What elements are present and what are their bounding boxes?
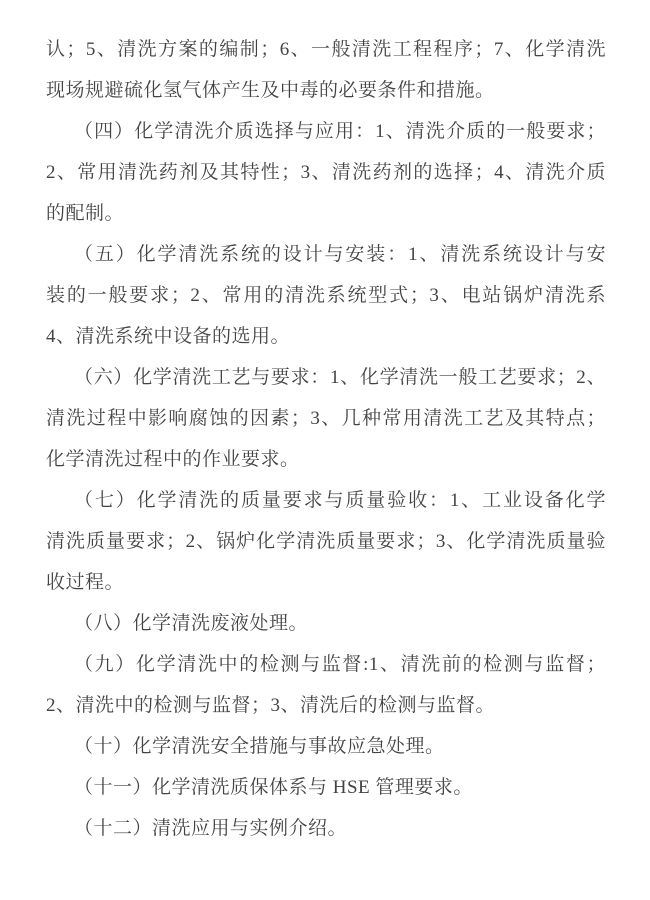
text-line: 认；5、清洗方案的编制；6、一般清洗工程程序；7、化学清洗 (46, 29, 606, 70)
text-line: 2、清洗中的检测与监督；3、清洗后的检测与监督。 (46, 685, 606, 726)
text-line: 2、常用清洗药剂及其特性；3、清洗药剂的选择；4、清洗介质 (46, 152, 606, 193)
text-line: （六）化学清洗工艺与要求：1、化学清洗一般工艺要求；2、 (46, 357, 606, 398)
text-line: 化学清洗过程中的作业要求。 (46, 439, 606, 480)
text-line: 清洗过程中影响腐蚀的因素；3、几种常用清洗工艺及其特点；4、 (46, 398, 606, 439)
text-line: （八）化学清洗废液处理。 (46, 603, 606, 644)
text-line: 装的一般要求；2、常用的清洗系统型式；3、电站锅炉清洗系统； (46, 275, 606, 316)
text-line: 收过程。 (46, 562, 606, 603)
text-line: 的配制。 (46, 193, 606, 234)
text-line: 现场规避硫化氢气体产生及中毒的必要条件和措施。 (46, 70, 606, 111)
text-line: 4、清洗系统中设备的选用。 (46, 316, 606, 357)
text-line: （九）化学清洗中的检测与监督:1、清洗前的检测与监督； (46, 644, 606, 685)
text-line: 清洗质量要求；2、锅炉化学清洗质量要求；3、化学清洗质量验 (46, 521, 606, 562)
text-line: （七）化学清洗的质量要求与质量验收：1、工业设备化学 (46, 480, 606, 521)
document-page: 认；5、清洗方案的编制；6、一般清洗工程程序；7、化学清洗 现场规避硫化氢气体产… (0, 0, 650, 900)
text-line: （十一）化学清洗质保体系与 HSE 管理要求。 (46, 767, 606, 808)
text-line: （四）化学清洗介质选择与应用：1、清洗介质的一般要求； (46, 111, 606, 152)
text-line: （十二）清洗应用与实例介绍。 (46, 808, 606, 849)
text-line: （五）化学清洗系统的设计与安装：1、清洗系统设计与安 (46, 234, 606, 275)
text-line: （十）化学清洗安全措施与事故应急处理。 (46, 726, 606, 767)
